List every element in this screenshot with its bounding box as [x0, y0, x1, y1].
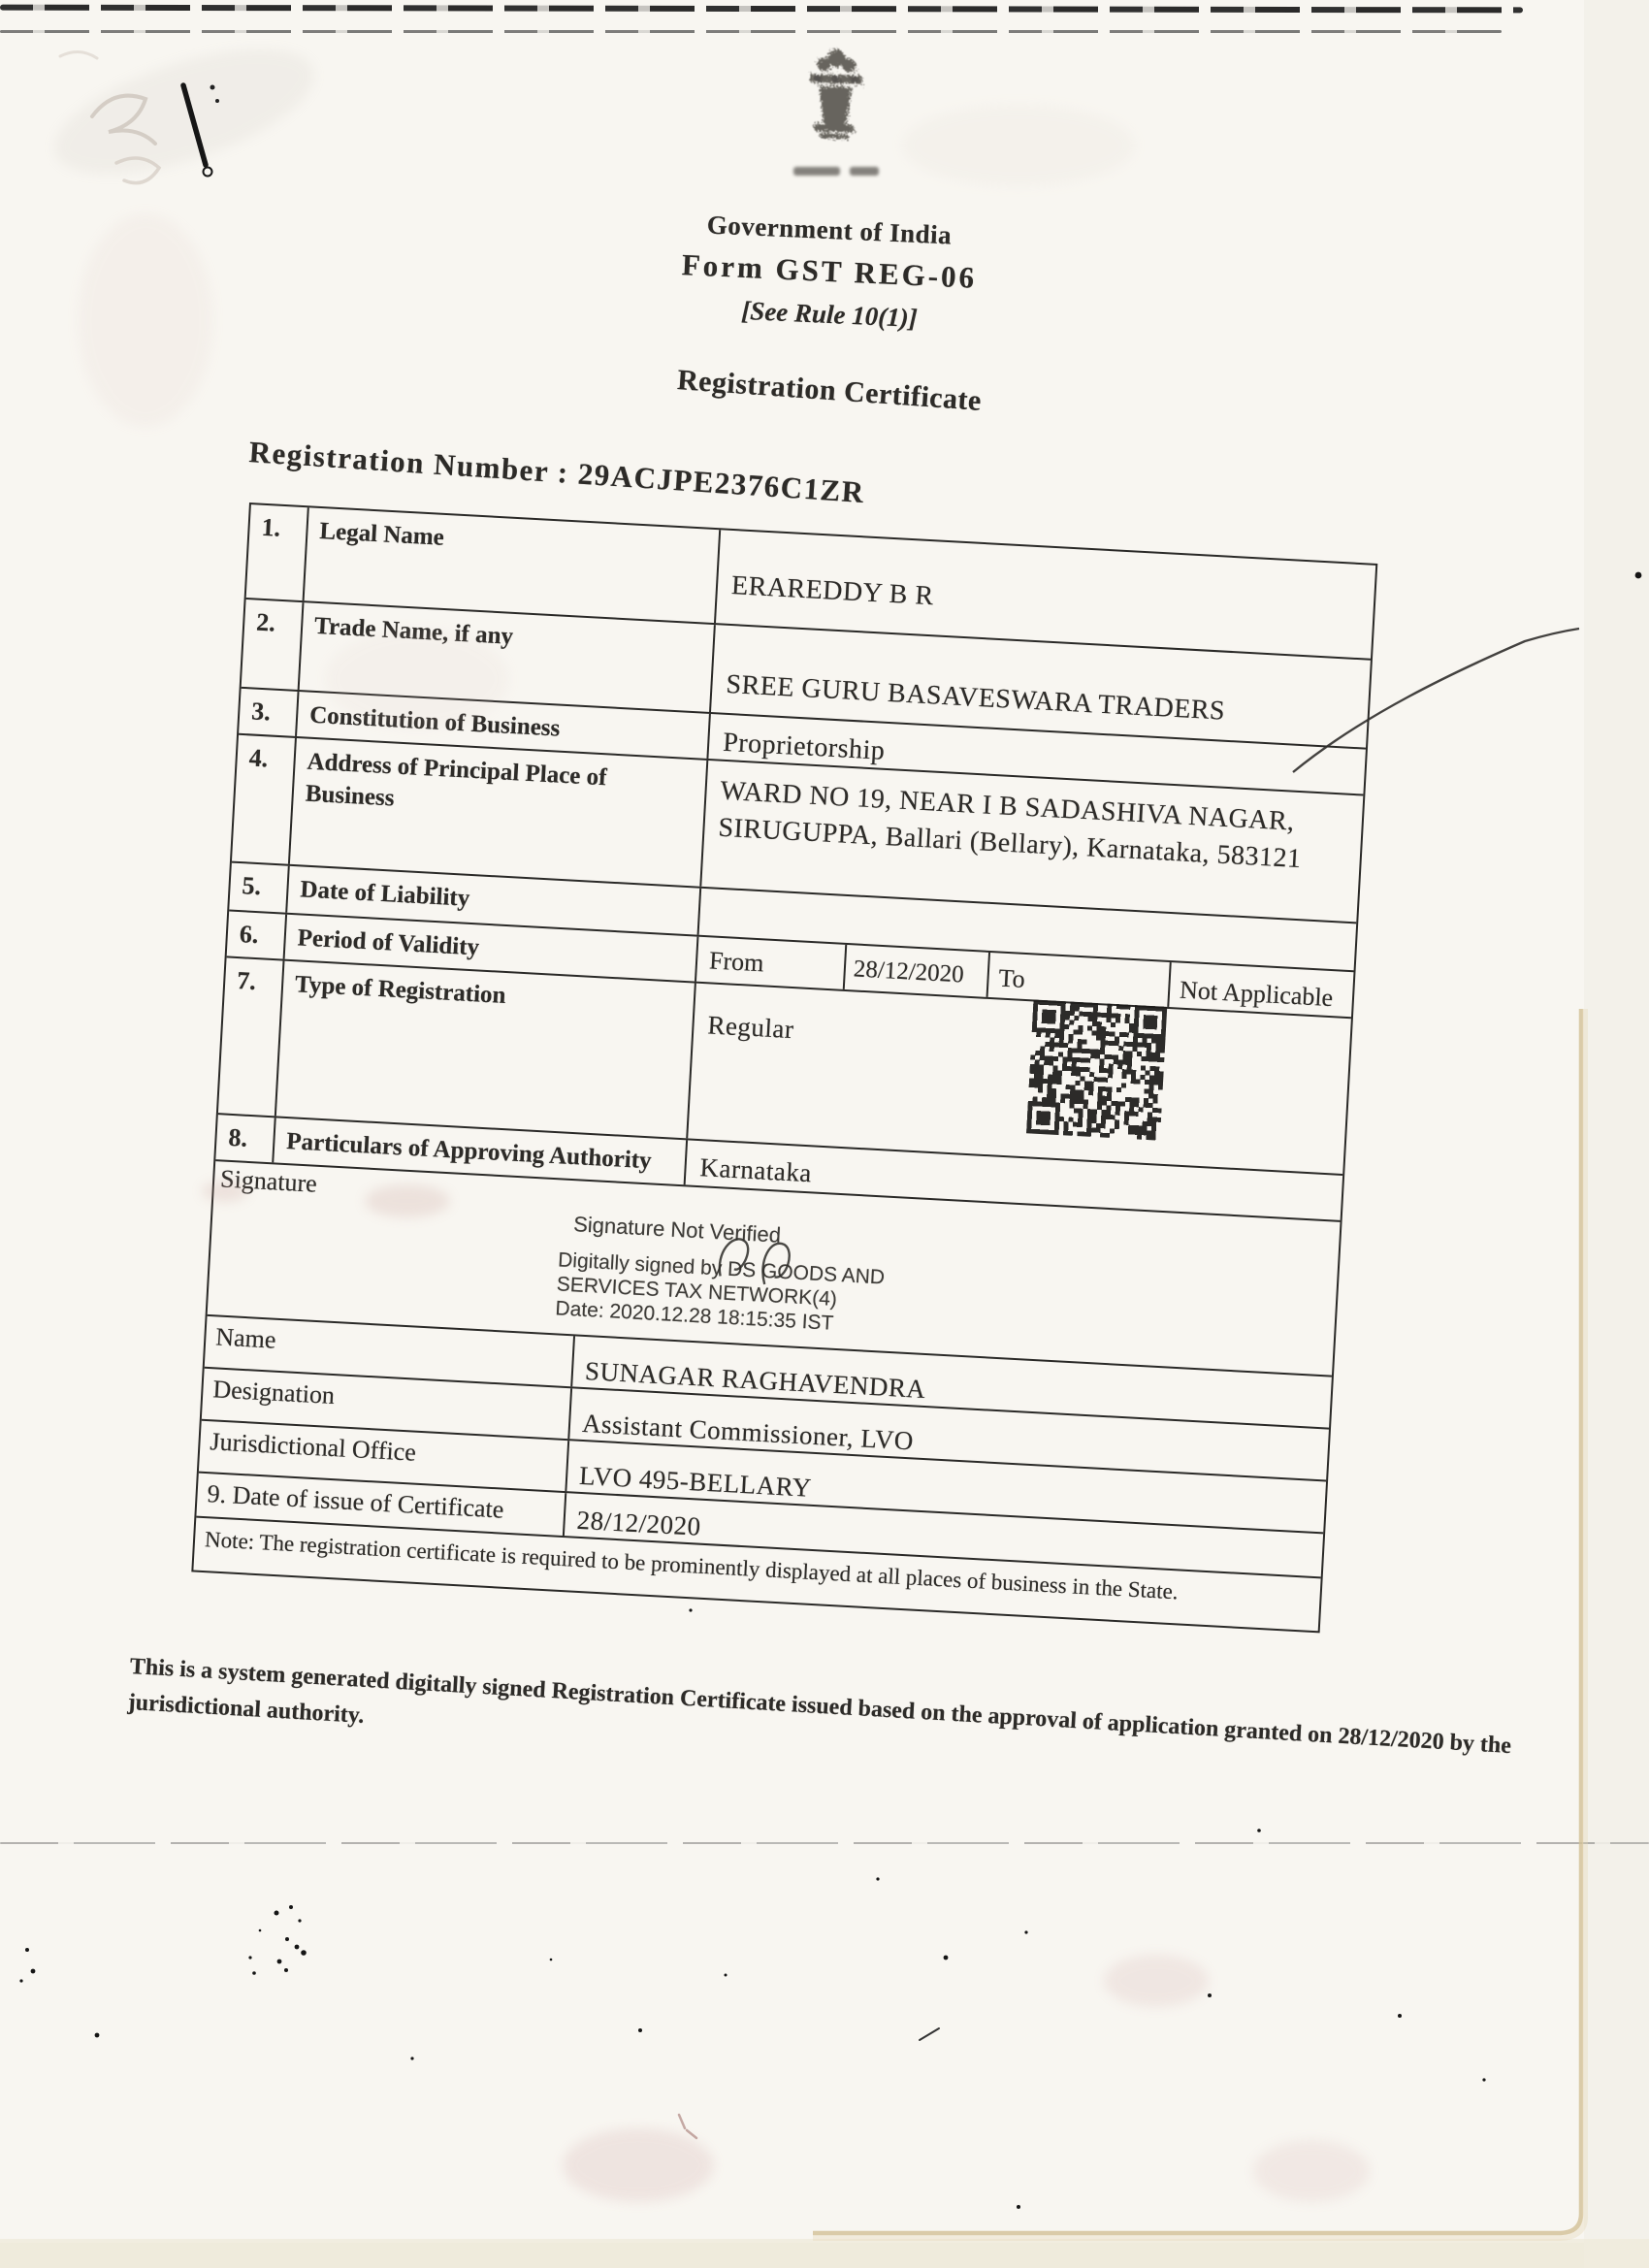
row-number: 7. — [218, 957, 285, 1116]
scanned-document-page: { "document": { "country_header": "Gover… — [0, 0, 1649, 2268]
scanner-bottom-margin — [0, 2239, 1649, 2268]
scanner-right-margin — [1584, 0, 1649, 2268]
signature-label: Signature — [219, 1164, 317, 1198]
scan-artifact-line-top2 — [0, 30, 1502, 33]
row-number: 4. — [232, 735, 297, 864]
row-value: Regular — [694, 984, 796, 1048]
digital-signature-block: Signature Not Verified Digitally signed … — [555, 1211, 1016, 1345]
row-number: 3. — [239, 689, 299, 736]
row-number: 2. — [242, 599, 305, 690]
qr-code — [1026, 999, 1167, 1140]
row-number: 8. — [215, 1115, 275, 1162]
signature-squiggle-icon — [712, 1225, 832, 1299]
row-label: Type of Registration — [276, 961, 696, 1139]
india-national-emblem-icon — [787, 43, 884, 166]
row-number: 1. — [246, 504, 309, 600]
row-label: Address of Principal Place of Business — [290, 738, 708, 887]
row-number: 5. — [229, 863, 290, 913]
row-number: 6. — [227, 911, 287, 958]
satyameva-jayate-motto-icon — [793, 163, 890, 178]
registration-table: 1. Legal Name ERAREDDY B R 2. Trade Name… — [191, 502, 1377, 1633]
validity-from-label: From — [696, 937, 847, 989]
scan-artifact-line-middle — [0, 1842, 1649, 1844]
validity-from-value: 28/12/2020 — [845, 945, 990, 997]
